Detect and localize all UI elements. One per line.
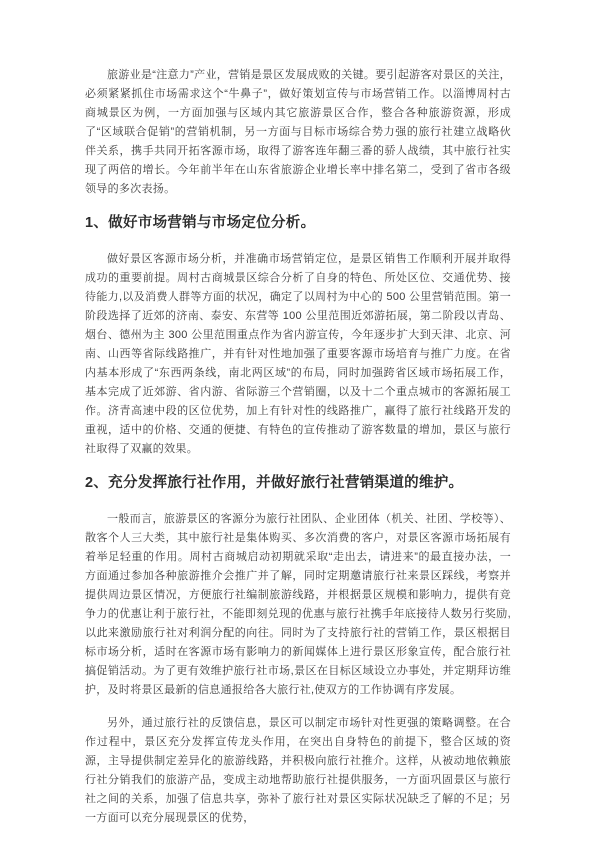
section-2-heading: 2、充分发挥旅行社作用，并做好旅行社营销渠道的维护。 xyxy=(85,473,511,493)
section-1-heading: 1、做好市场营销与市场定位分析。 xyxy=(85,213,511,233)
section-2-paragraph-1: 一般而言，旅游景区的客源分为旅行社团队、企业团体（机关、社团、学校等）、散客个人… xyxy=(85,510,511,700)
document-page: 旅游业是“注意力”产业，营销是景区发展成败的关键。要引起游客对景区的关注，必须紧… xyxy=(0,0,595,842)
intro-paragraph: 旅游业是“注意力”产业，营销是景区发展成败的关键。要引起游客对景区的关注，必须紧… xyxy=(85,66,511,199)
section-2-paragraph-2: 另外，通过旅行社的反馈信息，景区可以制定市场针对性更强的策略调整。在合作过程中，… xyxy=(85,714,511,828)
section-1-paragraph: 做好景区客源市场分析，并准确市场营销定位，是景区销售工作顺利开展并取得成功的重要… xyxy=(85,250,511,459)
